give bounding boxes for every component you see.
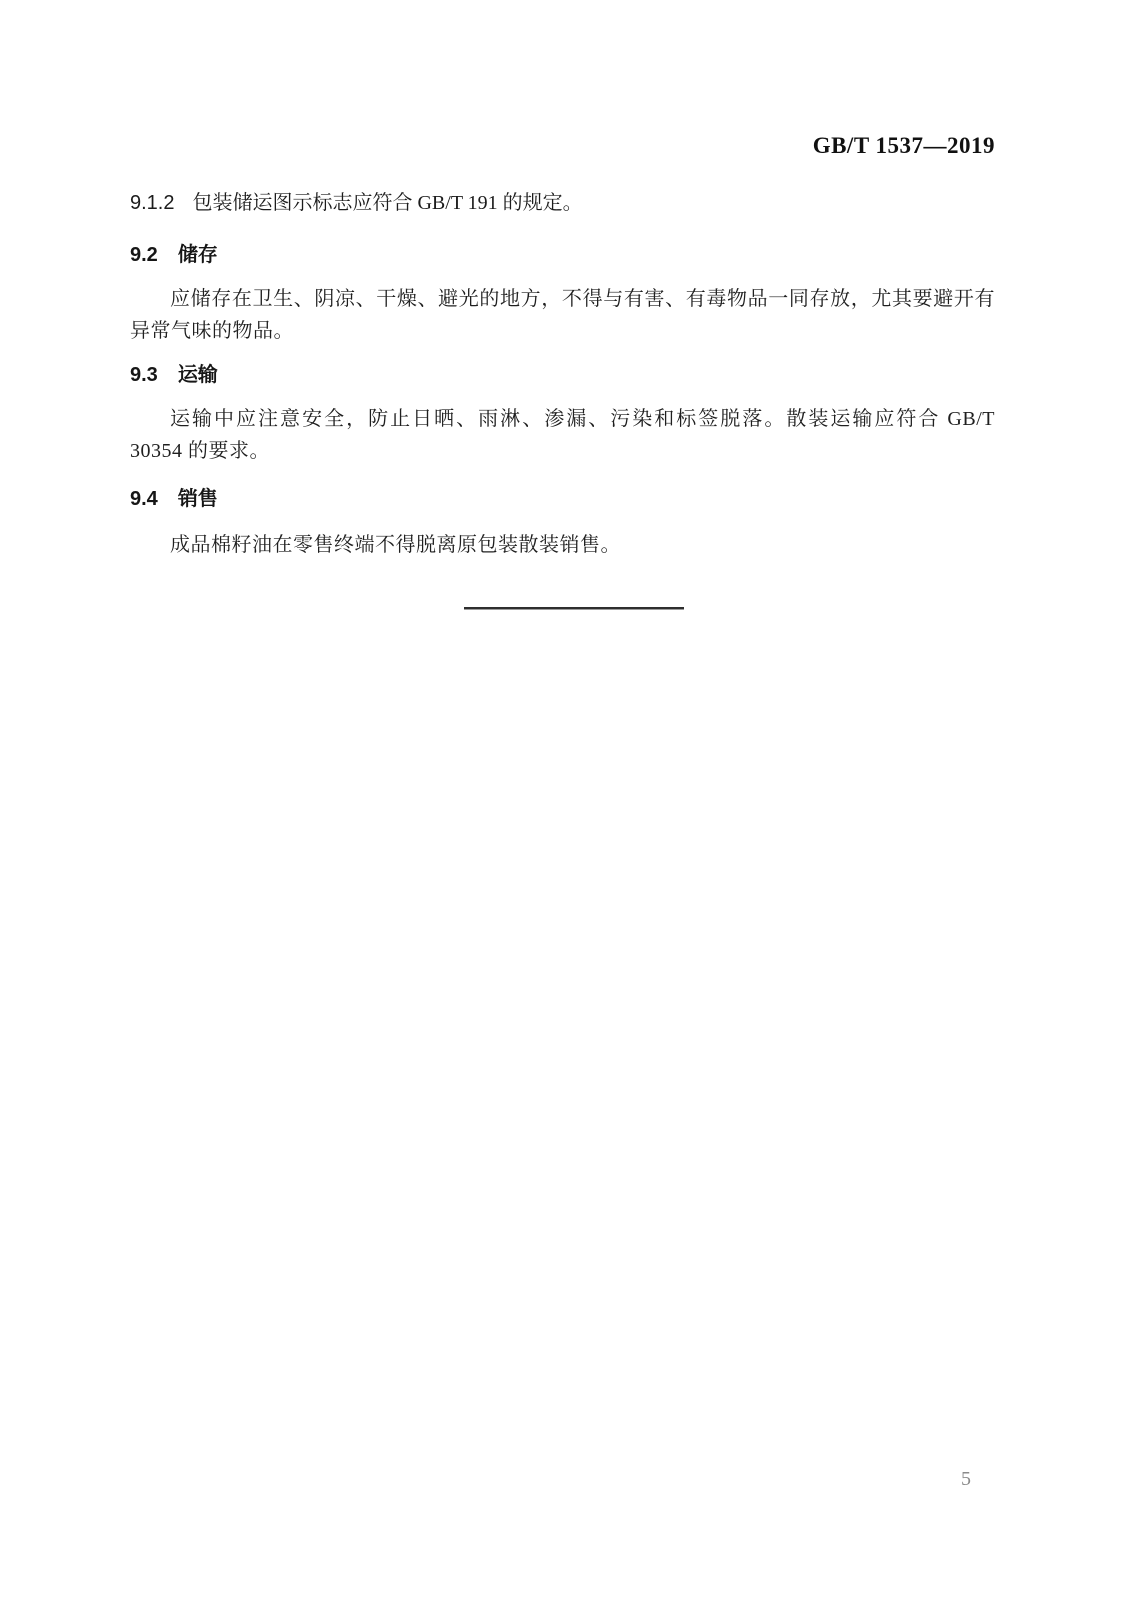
- heading-9-2-number: 9.2: [130, 244, 158, 266]
- heading-9-2-title: 储存: [178, 244, 218, 266]
- page-header: GB/T 1537—2019: [130, 133, 995, 159]
- page-number: 5: [961, 1468, 971, 1491]
- document-end-rule: [464, 607, 684, 610]
- heading-9-3-transport: 9.3运输: [130, 361, 995, 389]
- clause-9-1-2: 9.1.2包装储运图示标志应符合 GB/T 191 的规定。: [130, 189, 995, 217]
- heading-9-3-number: 9.3: [130, 364, 158, 386]
- clause-9-1-2-number: 9.1.2: [130, 192, 174, 214]
- paragraph-9-4-sale: 成品棉籽油在零售终端不得脱离原包装散装销售。: [130, 529, 995, 561]
- page-content: GB/T 1537—2019 9.1.2包装储运图示标志应符合 GB/T 191…: [0, 0, 1131, 610]
- paragraph-9-2-storage: 应储存在卫生、阴凉、干燥、避光的地方，不得与有害、有毒物品一同存放，尤其要避开有…: [130, 283, 995, 347]
- heading-9-2-storage: 9.2储存: [130, 241, 995, 269]
- heading-9-4-number: 9.4: [130, 488, 158, 510]
- heading-9-4-sale: 9.4销售: [130, 485, 995, 513]
- standard-code: GB/T 1537—2019: [813, 133, 995, 158]
- clause-9-1-2-text: 包装储运图示标志应符合 GB/T 191 的规定。: [192, 192, 582, 214]
- heading-9-3-title: 运输: [178, 364, 218, 386]
- paragraph-9-3-transport: 运输中应注意安全，防止日晒、雨淋、渗漏、污染和标签脱落。散装运输应符合 GB/T…: [130, 403, 995, 467]
- document-page: GB/T 1537—2019 9.1.2包装储运图示标志应符合 GB/T 191…: [0, 0, 1131, 1600]
- heading-9-4-title: 销售: [178, 488, 218, 510]
